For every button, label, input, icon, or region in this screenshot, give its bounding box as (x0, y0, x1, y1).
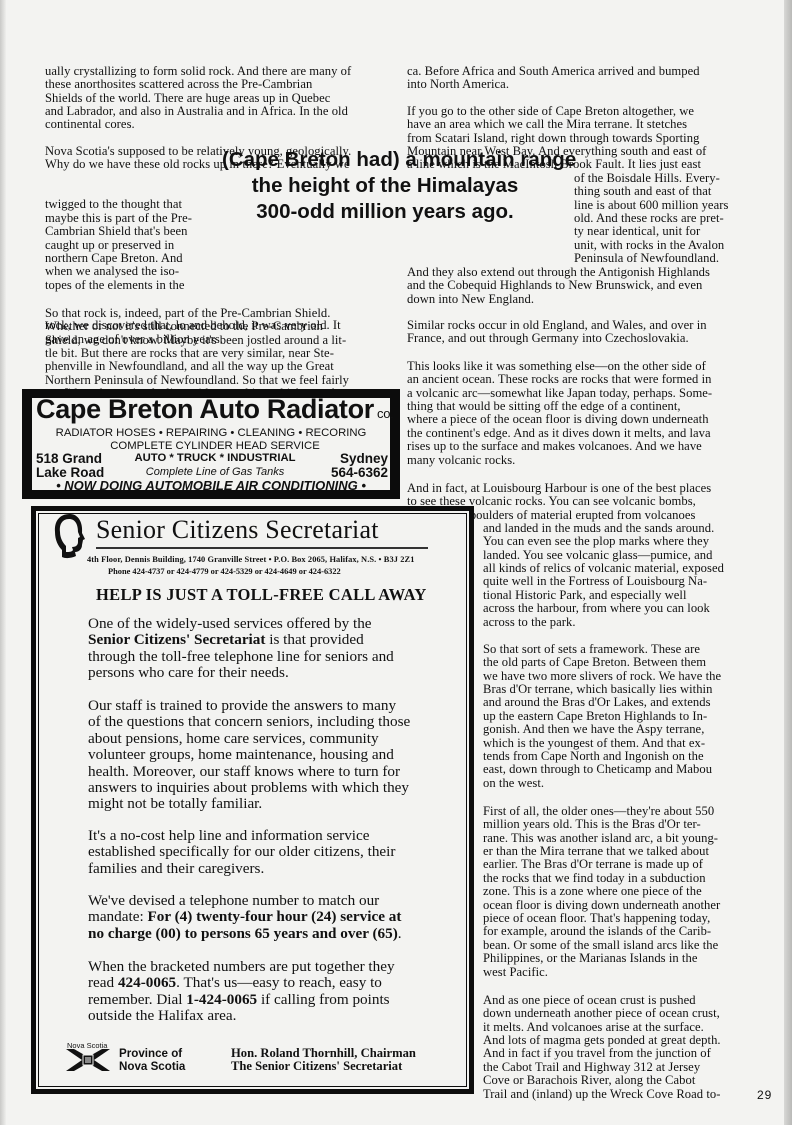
radiator-ad: Cape Breton Auto Radiatorco. RADIATOR HO… (30, 396, 392, 492)
radiator-ad-services: RADIATOR HOSES • REPAIRING • CLEANING • … (32, 427, 390, 439)
radiator-ad-city: Sydney (340, 451, 388, 466)
page-edge-right (784, 0, 792, 1125)
right-para-6: So that sort of sets a framework. These … (483, 616, 721, 804)
seniors-ad-signature: Hon. Roland Thornhill, Chairman The Seni… (231, 1047, 416, 1073)
nova-scotia-flag-icon (66, 1049, 110, 1071)
seniors-ad-title: Senior Citizens Secretariat (96, 515, 379, 545)
seniors-ad-para-5: When the bracketed numbers are put toget… (88, 959, 428, 1025)
right-para-8: And as one piece of ocean crust is pushe… (483, 967, 721, 1114)
radiator-ad-title: Cape Breton Auto Radiatorco. (36, 394, 393, 425)
seniors-ad-phones: Phone 424-4737 or 424-4779 or 424-5329 o… (108, 567, 341, 576)
seniors-ad-title-rule (96, 547, 428, 549)
right-para-7: First of all, the older ones—they're abo… (483, 778, 720, 993)
seniors-ad-para-4: We've devised a telephone number to matc… (88, 893, 428, 942)
page-number: 29 (757, 1088, 772, 1102)
seniors-ad-address: 4th Floor, Dennis Building, 1740 Granvil… (87, 555, 414, 564)
seniors-ad-headline: HELP IS JUST A TOLL-FREE CALL AWAY (96, 585, 427, 605)
seniors-ad-para-2: Our staff is trained to provide the answ… (88, 698, 428, 813)
page-edge-left (0, 0, 6, 1125)
seniors-ad-para-3: It's a no-cost help line and information… (88, 828, 428, 877)
radiator-ad-address-1: 518 Grand (36, 451, 102, 466)
head-profile-logo-icon (52, 512, 88, 560)
radiator-ad-banner: • NOW DOING AUTOMOBILE AIR CONDITIONING … (32, 478, 390, 493)
province-of-nova-scotia: Province of Nova Scotia (119, 1047, 185, 1073)
seniors-ad-para-1: One of the widely-used services offered … (88, 616, 428, 682)
